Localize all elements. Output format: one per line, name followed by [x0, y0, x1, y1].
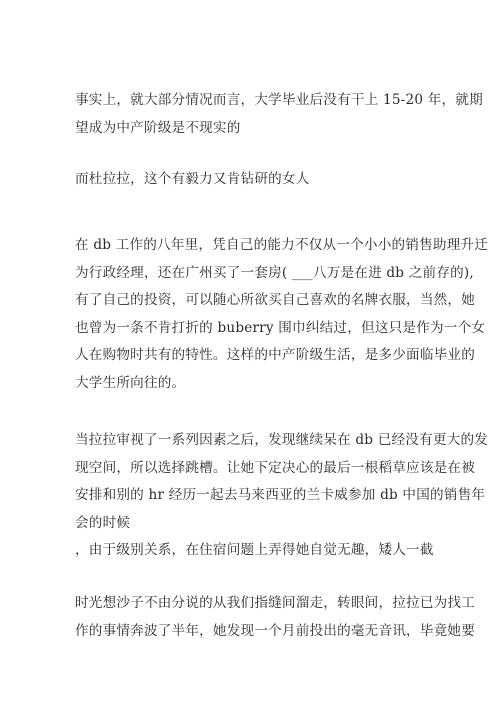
text-line: 在 db 工作的八年里，凭自己的能力不仅从一个小小的销售助理升迁 — [75, 232, 420, 260]
text-line: 作的事情奔波了半年，她发现一个月前投出的毫无音讯，毕竟她要 — [75, 618, 420, 646]
text-line: 而杜拉拉，这个有毅力又肯钻研的女人 — [75, 166, 420, 194]
text-line: 大学生所向往的。 — [75, 370, 420, 398]
paragraph-3: 在 db 工作的八年里，凭自己的能力不仅从一个小小的销售助理升迁 为行政经理，还… — [75, 232, 420, 398]
paragraph-5: ，由于级别关系，在住宿问题上弄得她自觉无趣，矮人一截 — [75, 537, 420, 565]
text-line: 时光想沙子不由分说的从我们指缝间溜走，转眼间，拉拉已为找工 — [75, 590, 420, 618]
text-line: 有了自己的投资，可以随心所欲买自己喜欢的名牌衣服，当然，她 — [75, 287, 420, 315]
paragraph-4: 当拉拉审视了一系列因素之后，发现继续呆在 db 已经没有更大的发 现空间，所以选… — [75, 427, 420, 537]
text-line: 安排和别的 hr 经历一起去马来西亚的兰卡威参加 db 中国的销售年 — [75, 482, 420, 510]
paragraph-1: 事实上，就大部分情况而言，大学毕业后没有干上 15-20 年，就期 望成为中产阶… — [75, 87, 420, 142]
text-line: ，由于级别关系，在住宿问题上弄得她自觉无趣，矮人一截 — [75, 537, 420, 565]
text-line: 会的时候 — [75, 510, 420, 538]
text-line: 当拉拉审视了一系列因素之后，发现继续呆在 db 已经没有更大的发 — [75, 427, 420, 455]
text-line: 望成为中产阶级是不现实的 — [75, 115, 420, 143]
paragraph-2: 而杜拉拉，这个有毅力又肯钻研的女人 — [75, 166, 420, 194]
text-line: 事实上，就大部分情况而言，大学毕业后没有干上 15-20 年，就期 — [75, 87, 420, 115]
text-line: 人在购物时共有的特性。这样的中产阶级生活，是多少面临毕业的 — [75, 342, 420, 370]
paragraph-6: 时光想沙子不由分说的从我们指缝间溜走，转眼间，拉拉已为找工 作的事情奔波了半年，… — [75, 590, 420, 645]
document-page: 事实上，就大部分情况而言，大学毕业后没有干上 15-20 年，就期 望成为中产阶… — [0, 0, 500, 708]
text-line: 为行政经理，还在广州买了一套房( ___八万是在进 db 之前存的), — [75, 260, 420, 288]
text-line: 现空间，所以选择跳槽。让她下定决心的最后一根稻草应该是在被 — [75, 455, 420, 483]
text-line: 也曾为一条不肯打折的 buberry 围巾纠结过，但这只是作为一个女 — [75, 315, 420, 343]
